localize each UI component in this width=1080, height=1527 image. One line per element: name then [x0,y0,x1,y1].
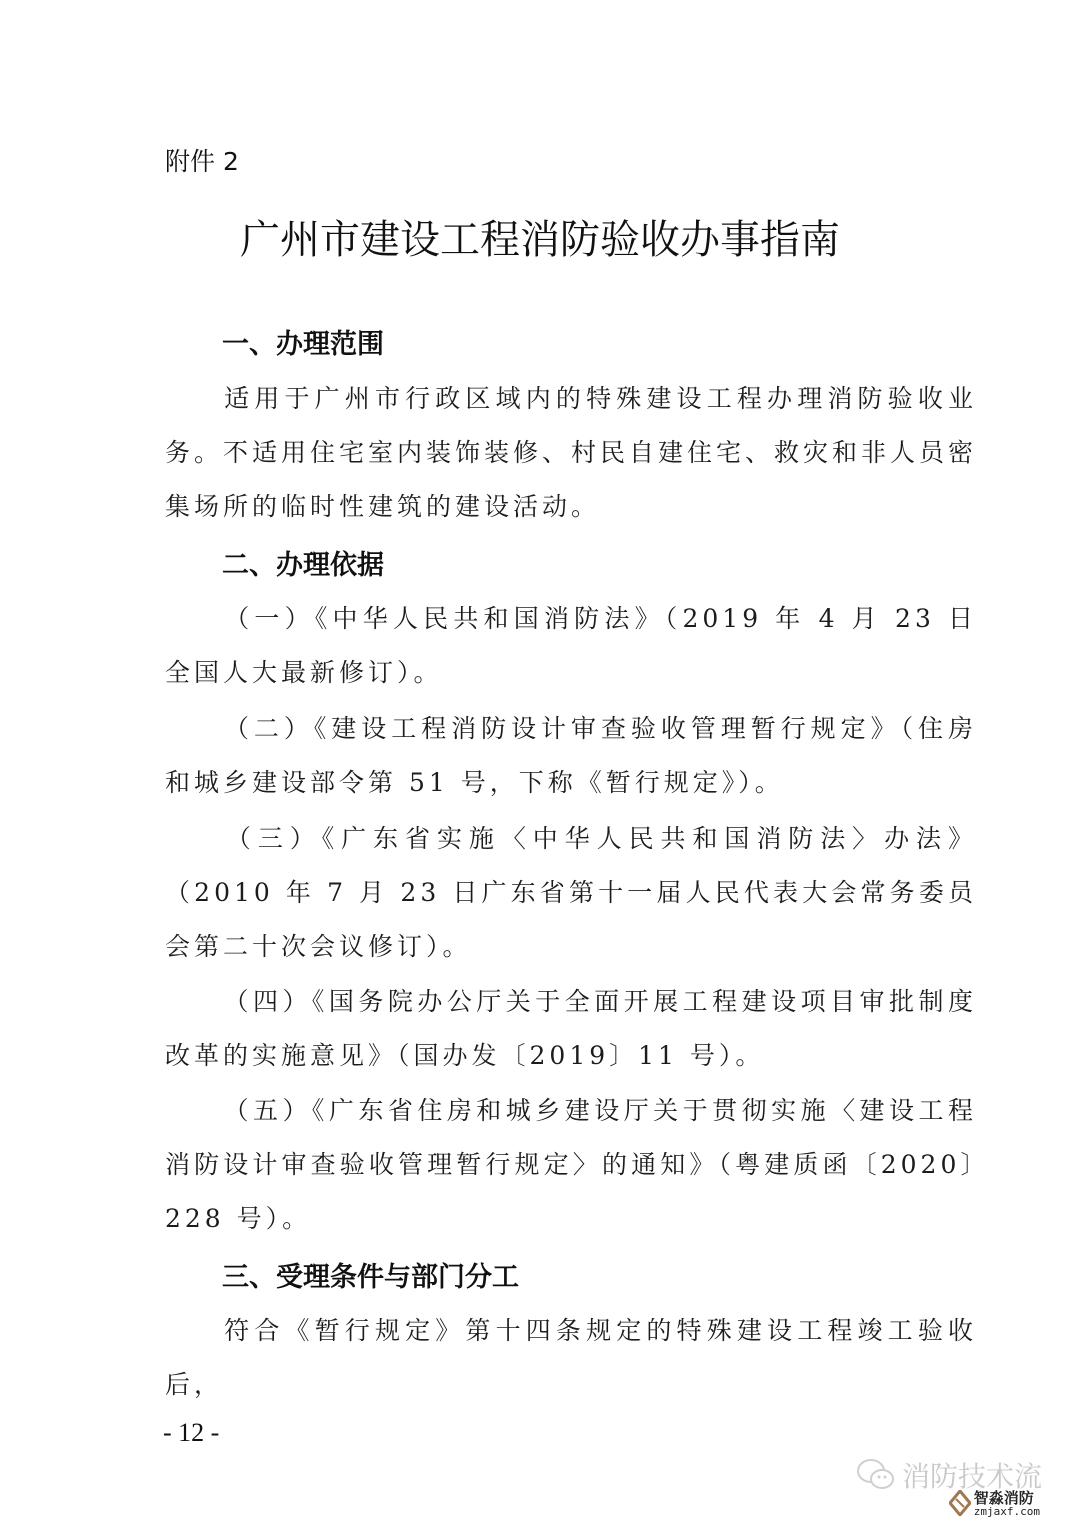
wechat-icon [856,1458,896,1492]
attachment-label: 附件 2 [165,142,239,178]
paragraph-basis-5: （五）《广东省住房和城乡建设厅关于贯彻实施〈建设工程消防设计审查验收管理暂行规定… [165,1084,977,1246]
paragraph-conditions: 符合《暂行规定》第十四条规定的特殊建设工程竣工验收后， [165,1304,977,1412]
section-heading-basis: 二、办理依据 [222,543,384,582]
paragraph-basis-1: （一）《中华人民共和国消防法》（2019 年 4 月 23 日全国人大最新修订）… [165,592,977,700]
paragraph-scope: 适用于广州市行政区域内的特殊建设工程办理消防验收业务。不适用住宅室内装饰装修、村… [165,372,977,534]
document-page: 附件 2 广州市建设工程消防验收办事指南 一、办理范围 适用于广州市行政区域内的… [0,0,1080,1527]
paragraph-basis-2: （二）《建设工程消防设计审查验收管理暂行规定》（住房和城乡建设部令第 51 号，… [165,702,977,810]
document-title: 广州市建设工程消防验收办事指南 [0,208,1080,265]
paragraph-basis-4: （四）《国务院办公厅关于全面开展工程建设项目审批制度改革的实施意见》（国办发〔2… [165,975,977,1083]
section-heading-scope: 一、办理范围 [222,322,384,361]
brand-logo: 智淼消防 zmjaxf.com [949,1490,1040,1520]
brand-url: zmjaxf.com [974,1505,1040,1519]
page-number: - 12 - [163,1418,219,1448]
brand-name: 智淼消防 [974,1491,1040,1505]
diamond-logo-icon [949,1490,971,1520]
section-heading-conditions: 三、受理条件与部门分工 [222,1255,519,1294]
paragraph-basis-3: （三）《广东省实施〈中华人民共和国消防法〉办法》（2010 年 7 月 23 日… [165,812,977,974]
